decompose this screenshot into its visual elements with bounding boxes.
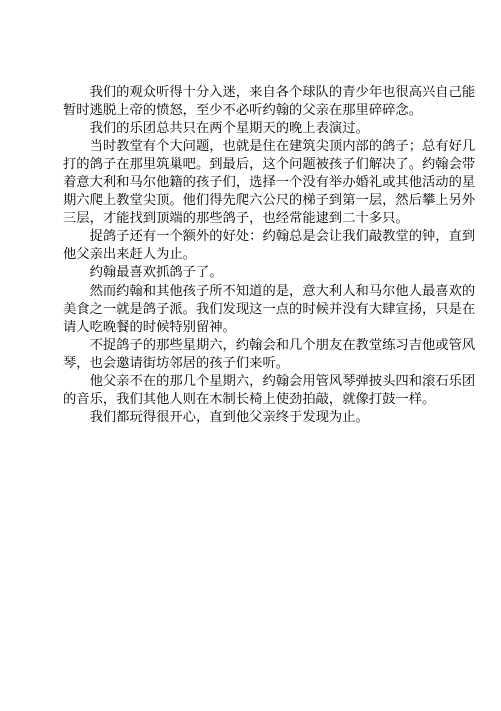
paragraph-9: 我们都玩得很开心，直到他父亲终于发现为止。 [63, 409, 439, 427]
paragraph-3: 当时教堂有个大问题，也就是住在建筑尖顶内部的鸽子；总有好几 打的鸽子在那里筑巢吧… [63, 138, 439, 228]
text-line: 的音乐，我们其他人则在木制长椅上使劲拍敲，就像打鼓一样。 [63, 391, 439, 409]
text-line: 当时教堂有个大问题，也就是住在建筑尖顶内部的鸽子；总有好几 [63, 138, 439, 156]
text-line: 他父亲出来赶人为止。 [63, 246, 439, 264]
text-line: 我们都玩得很开心，直到他父亲终于发现为止。 [63, 409, 439, 427]
paragraph-5: 约翰最喜欢抓鸽子了。 [63, 264, 439, 282]
document-page: 我们的观众听得十分入迷，来自各个球队的青少年也很高兴自己能 暂时逃脱上帝的愤怒，… [63, 84, 439, 427]
paragraph-4: 捉鸽子还有一个额外的好处：约翰总是会让我们敲教堂的钟，直到 他父亲出来赶人为止。 [63, 228, 439, 264]
text-line: 期六爬上教堂尖顶。他们得先爬六公尺的梯子到第一层，然后攀上另外 [63, 192, 439, 210]
text-line: 三层，才能找到顶端的那些鸽子，也经常能逮到二十多只。 [63, 210, 439, 228]
text-line: 我们的乐团总共只在两个星期天的晚上表演过。 [63, 120, 439, 138]
text-line: 美食之一就是鸽子派。我们发现这一点的时候并没有大肆宣扬，只是在 [63, 301, 439, 319]
text-line: 请人吃晚餐的时候特别留神。 [63, 319, 439, 337]
paragraph-8: 他父亲不在的那几个星期六，约翰会用管风琴弹披头四和滚石乐团 的音乐，我们其他人则… [63, 373, 439, 409]
text-line: 暂时逃脱上帝的愤怒，至少不必听约翰的父亲在那里碎碎念。 [63, 102, 439, 120]
text-line: 他父亲不在的那几个星期六，约翰会用管风琴弹披头四和滚石乐团 [63, 373, 439, 391]
text-line: 不捉鸽子的那些星期六，约翰会和几个朋友在教堂练习吉他或管风 [63, 337, 439, 355]
text-line: 然而约翰和其他孩子所不知道的是，意大利人和马尔他人最喜欢的 [63, 283, 439, 301]
text-line: 琴，也会邀请街坊邻居的孩子们来听。 [63, 355, 439, 373]
paragraph-7: 不捉鸽子的那些星期六，约翰会和几个朋友在教堂练习吉他或管风 琴，也会邀请街坊邻居… [63, 337, 439, 373]
text-line: 我们的观众听得十分入迷，来自各个球队的青少年也很高兴自己能 [63, 84, 439, 102]
text-line: 捉鸽子还有一个额外的好处：约翰总是会让我们敲教堂的钟，直到 [63, 228, 439, 246]
paragraph-2: 我们的乐团总共只在两个星期天的晚上表演过。 [63, 120, 439, 138]
paragraph-1: 我们的观众听得十分入迷，来自各个球队的青少年也很高兴自己能 暂时逃脱上帝的愤怒，… [63, 84, 439, 120]
text-line: 约翰最喜欢抓鸽子了。 [63, 264, 439, 282]
paragraph-6: 然而约翰和其他孩子所不知道的是，意大利人和马尔他人最喜欢的 美食之一就是鸽子派。… [63, 283, 439, 337]
text-line: 打的鸽子在那里筑巢吧。到最后，这个问题被孩子们解决了。约翰会带 [63, 156, 439, 174]
text-line: 着意大利和马尔他籍的孩子们，选择一个没有举办婚礼或其他活动的星 [63, 174, 439, 192]
